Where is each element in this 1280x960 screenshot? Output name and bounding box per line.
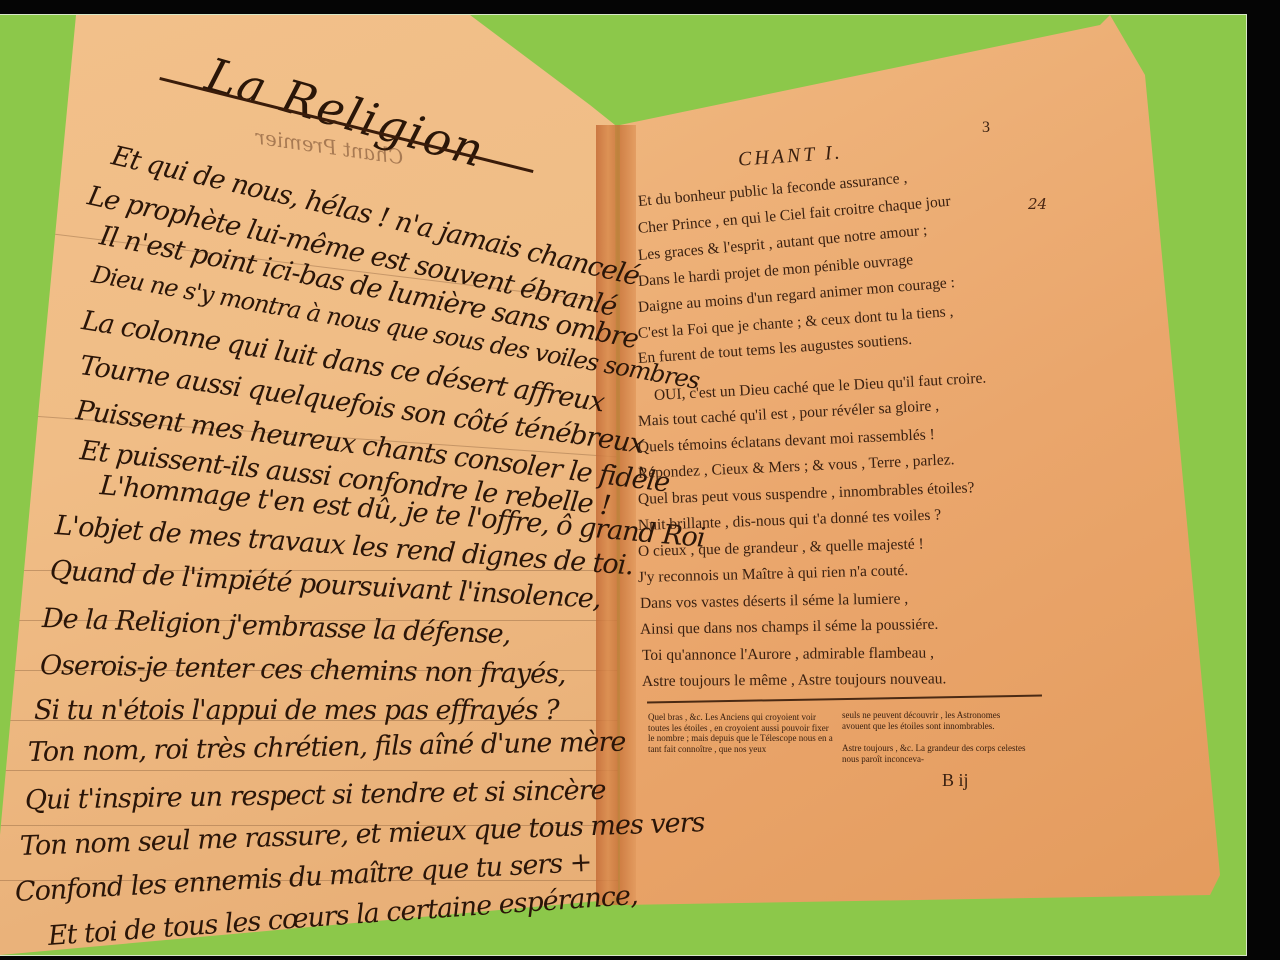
footnote-right-b: Astre toujours , &c. La grandeur des cor… (842, 743, 1027, 764)
verse-line: Astre toujours le même , Astre toujours … (642, 670, 947, 691)
photograph: La Religion Chant Premier Et qui de nous… (0, 14, 1247, 956)
verse-line: Toi qu'annonce l'Aurore , admirable flam… (642, 644, 934, 665)
footnote-right-a: seuls ne peuvent découvrir , les Astrono… (842, 710, 1027, 731)
signature-mark: B ij (942, 770, 969, 791)
footnote-left: Quel bras , &c. Les Anciens qui croyoien… (648, 712, 833, 754)
manuscript-line: Si tu n'étois l'appui de mes pas effrayé… (34, 695, 559, 726)
margin-annotation: 24 (1028, 195, 1047, 213)
page-number: 3 (982, 119, 990, 137)
